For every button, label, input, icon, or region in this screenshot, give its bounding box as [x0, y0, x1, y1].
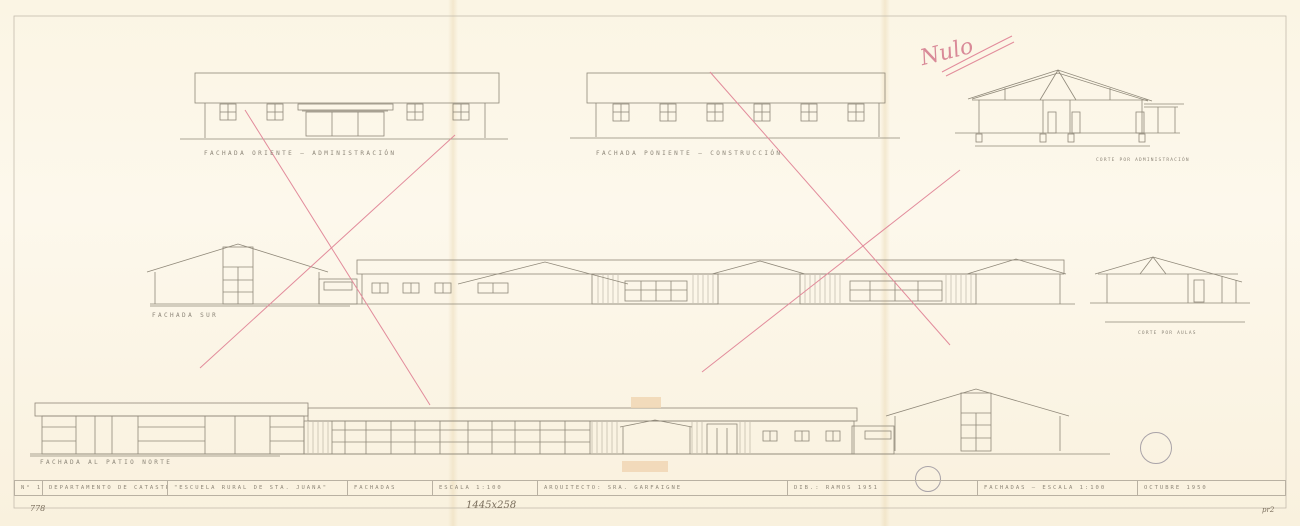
title-cell-date: Octubre 1950	[1137, 481, 1286, 495]
title-block: N° 15 Departamento de Catastro "Escuela …	[14, 480, 1286, 496]
drawing-sheet: Nulo Fachada oriente — administración Fa…	[0, 0, 1300, 526]
section-classrooms	[1090, 257, 1250, 322]
handwritten-number: 1445x258	[466, 500, 516, 511]
label-bottom-elevation: Fachada al patio norte	[40, 459, 172, 466]
corner-mark-right: pr2	[1262, 506, 1274, 514]
elevation-north-patio	[30, 389, 1110, 456]
title-cell-scale-note: Fachadas — Escala 1:100	[977, 481, 1137, 495]
section-administration	[955, 70, 1184, 146]
official-stamp	[1140, 432, 1172, 464]
title-cell-drawn-by: Dib.: Ramos 1951	[787, 481, 977, 495]
label-section-classrooms: Corte por aulas	[1138, 331, 1197, 336]
title-cell-number: N° 15	[14, 481, 42, 495]
title-cell-project: "Escuela Rural de Sta. Juana"	[167, 481, 347, 495]
title-cell-architect: Arquitecto: Sra. Garfaigne	[537, 481, 787, 495]
label-top-left-elevation: Fachada oriente — administración	[204, 150, 396, 157]
elevation-south	[147, 244, 1075, 306]
corner-mark: 778	[30, 504, 45, 513]
tape-fragment	[622, 461, 668, 472]
title-cell-department: Departamento de Catastro	[42, 481, 167, 495]
elevation-east	[180, 73, 508, 139]
siding-hatching	[598, 275, 971, 303]
siding-hatching-bottom	[308, 422, 750, 453]
red-cancellation-lines	[200, 36, 1014, 405]
label-section-administration: Corte por administración	[1096, 158, 1190, 163]
tape-fragment	[631, 397, 661, 408]
title-cell-scale: Escala 1:100	[432, 481, 537, 495]
architectural-linework	[0, 0, 1300, 526]
title-cell-sheet: Fachadas	[347, 481, 432, 495]
label-top-middle-elevation: Fachada poniente — construcción	[596, 150, 782, 157]
elevation-west	[570, 73, 900, 138]
label-middle-elevation: Fachada sur	[152, 312, 218, 319]
